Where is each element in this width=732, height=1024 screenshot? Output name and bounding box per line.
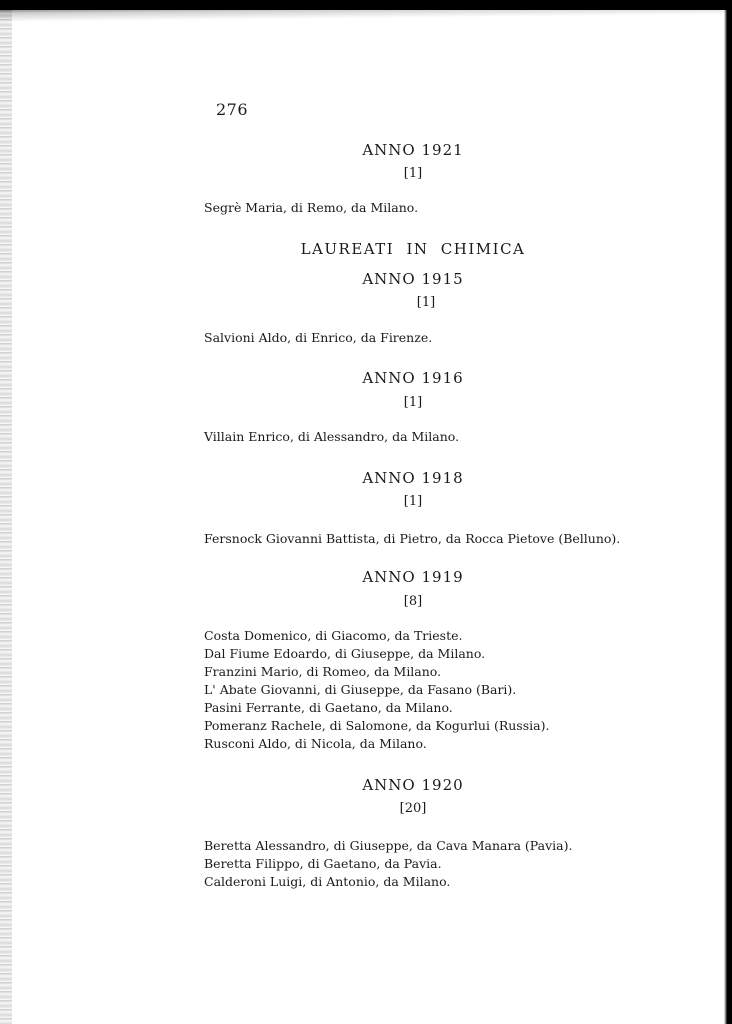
year-heading-1918: ANNO 1918: [0, 469, 732, 487]
count-1918: [1]: [0, 494, 732, 509]
count-1915: [1]: [0, 295, 732, 310]
scan-noise-left: [0, 10, 12, 1024]
entry-list-1921: Segrè Maria, di Remo, da Milano.: [204, 199, 418, 217]
list-item: Calderoni Luigi, di Antonio, da Milano.: [204, 873, 572, 891]
list-item: Pomeranz Rachele, di Salomone, da Kogurl…: [204, 717, 549, 735]
entry-list-1920: Beretta Alessandro, di Giuseppe, da Cava…: [204, 837, 572, 891]
list-item: Salvioni Aldo, di Enrico, da Firenze.: [204, 329, 432, 347]
list-item: Costa Domenico, di Giacomo, da Trieste.: [204, 627, 549, 645]
list-item: Fersnock Giovanni Battista, di Pietro, d…: [204, 530, 620, 548]
list-item: Franzini Mario, di Romeo, da Milano.: [204, 663, 549, 681]
count-1921: [1]: [0, 166, 732, 181]
count-1916: [1]: [0, 395, 732, 410]
year-heading-1915: ANNO 1915: [0, 270, 732, 288]
year-heading-1916: ANNO 1916: [0, 369, 732, 387]
list-item: Rusconi Aldo, di Nicola, da Milano.: [204, 735, 549, 753]
count-1919: [8]: [0, 594, 732, 609]
section-title: LAUREATI IN CHIMICA: [0, 240, 732, 258]
year-heading-1920: ANNO 1920: [0, 776, 732, 794]
page-number: 276: [216, 100, 248, 119]
entry-list-1915: Salvioni Aldo, di Enrico, da Firenze.: [204, 329, 432, 347]
year-heading-1921: ANNO 1921: [0, 141, 732, 159]
list-item: L' Abate Giovanni, di Giuseppe, da Fasan…: [204, 681, 549, 699]
list-item: Segrè Maria, di Remo, da Milano.: [204, 199, 418, 217]
list-item: Beretta Alessandro, di Giuseppe, da Cava…: [204, 837, 572, 855]
entry-list-1918: Fersnock Giovanni Battista, di Pietro, d…: [204, 530, 620, 548]
list-item: Villain Enrico, di Alessandro, da Milano…: [204, 428, 459, 446]
year-heading-1919: ANNO 1919: [0, 568, 732, 586]
list-item: Dal Fiume Edoardo, di Giuseppe, da Milan…: [204, 645, 549, 663]
list-item: Pasini Ferrante, di Gaetano, da Milano.: [204, 699, 549, 717]
count-1920: [20]: [0, 801, 732, 816]
list-item: Beretta Filippo, di Gaetano, da Pavia.: [204, 855, 572, 873]
entry-list-1919: Costa Domenico, di Giacomo, da Trieste. …: [204, 627, 549, 753]
entry-list-1916: Villain Enrico, di Alessandro, da Milano…: [204, 428, 459, 446]
